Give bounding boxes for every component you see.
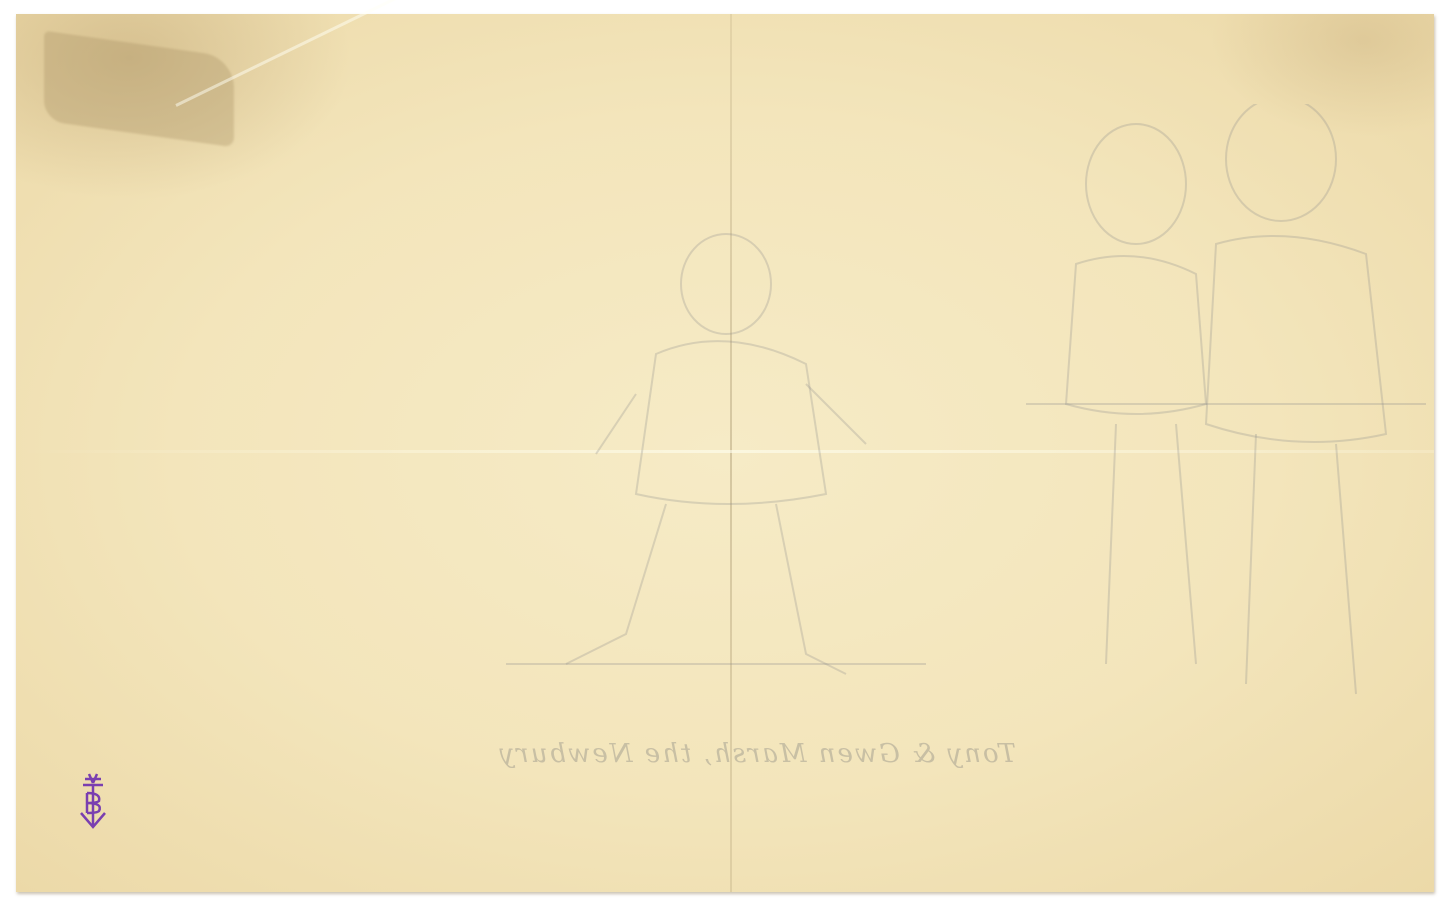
sketch-figure-center bbox=[506, 214, 926, 694]
mirrored-caption: Tony & Gwen Marsh, the Newbury bbox=[386, 739, 1016, 799]
diagonal-crease bbox=[175, 0, 644, 107]
paper-sheet: Tony & Gwen Marsh, the Newbury bbox=[16, 14, 1434, 892]
sketch-figures-right bbox=[1026, 104, 1426, 704]
collector-stamp-icon bbox=[71, 771, 116, 831]
